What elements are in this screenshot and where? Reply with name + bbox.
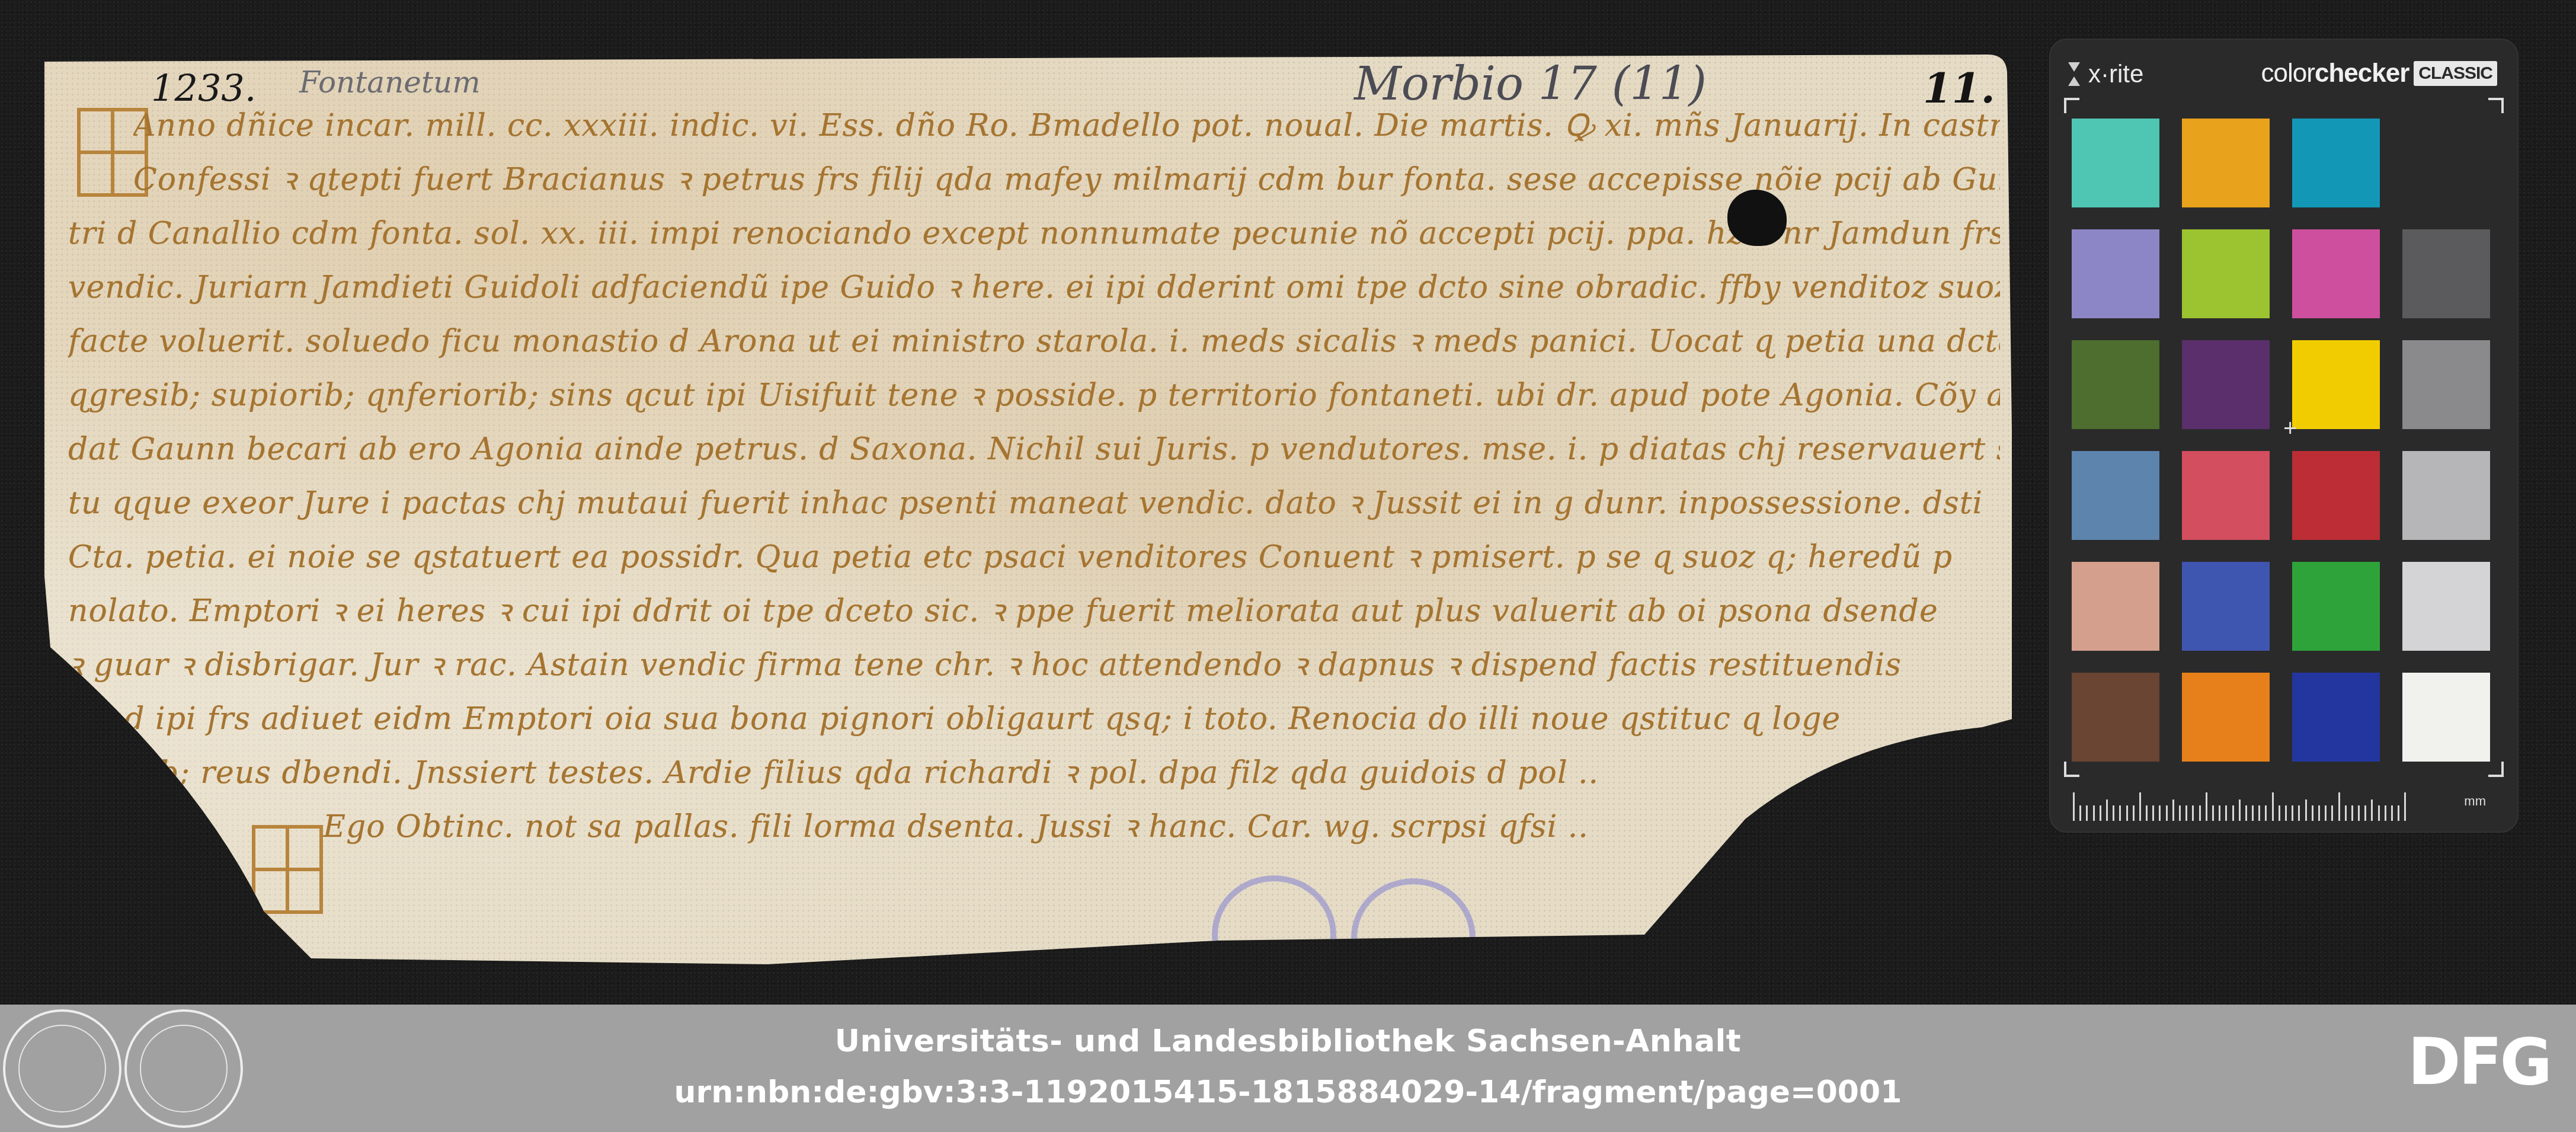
institution-name: Universitäts- und Landesbibliothek Sachs… xyxy=(0,1024,2576,1059)
ruler-tick xyxy=(2318,805,2320,821)
color-patch xyxy=(2292,229,2380,318)
text-line: Cta. petia. ei noie se ɋstatuert ea poss… xyxy=(68,530,2000,584)
parchment-hole xyxy=(1727,190,1787,246)
urn-identifier: urn:nbn:de:gbv:3:3-1192015415-1815884029… xyxy=(0,1075,2576,1110)
text-line: d duob; reus dbendi. Jnssiert testes. Ar… xyxy=(68,746,2000,800)
ruler-unit-label: mm xyxy=(2464,794,2486,809)
color-patch xyxy=(2402,451,2490,540)
ruler-tick xyxy=(2364,805,2366,821)
ruler-tick xyxy=(2312,805,2313,821)
ruler-tick xyxy=(2179,805,2181,821)
text-line: ɋgresib; supiorib; ɋnferiorib; sins ɋcut… xyxy=(68,369,2000,423)
crop-mark-icon xyxy=(2064,762,2079,777)
text-line: Anno dñice incar. mill. cc. xxxiii. indi… xyxy=(133,99,2000,153)
ruler-tick xyxy=(2258,805,2260,821)
ruler-tick xyxy=(2285,805,2287,821)
color-patch xyxy=(2292,119,2380,207)
ruler-tick xyxy=(2212,805,2214,821)
colorchecker-title: color checker CLASSIC xyxy=(2261,59,2497,88)
ruler-tick xyxy=(2378,805,2380,821)
color-patch xyxy=(2402,229,2490,318)
ruler-tick xyxy=(2152,805,2154,821)
ruler-tick xyxy=(2351,805,2353,821)
place-annotation: Fontanetum xyxy=(299,65,481,100)
ruler-tick xyxy=(2232,805,2234,821)
color-patch xyxy=(2182,451,2270,540)
color-patch xyxy=(2072,340,2159,429)
ruler-tick xyxy=(2199,805,2201,821)
ruler-tick xyxy=(2292,805,2293,821)
color-patch xyxy=(2292,673,2380,762)
colorchecker-card: x·rite color checker CLASSIC + mm xyxy=(2049,39,2519,833)
ruler-tick xyxy=(2385,805,2386,821)
mm-ruler xyxy=(2073,791,2464,821)
text-line: facte voluerit. soluedo ficu monastio d … xyxy=(68,315,2000,369)
color-patch-grid xyxy=(2072,119,2490,762)
ruler-tick xyxy=(2166,805,2168,821)
brand-label: x·rite xyxy=(2088,60,2143,88)
ruler-tick xyxy=(2331,805,2333,821)
ruler-tick xyxy=(2159,805,2161,821)
ruler-tick xyxy=(2245,805,2247,821)
xrite-brand: x·rite xyxy=(2066,60,2143,88)
color-patch xyxy=(2182,562,2270,651)
ruler-tick xyxy=(2298,805,2300,821)
xrite-logo-icon xyxy=(2066,62,2082,86)
ruler-tick xyxy=(2119,805,2121,821)
color-patch xyxy=(2072,451,2159,540)
color-patch xyxy=(2402,340,2490,429)
ruler-tick xyxy=(2206,792,2207,821)
color-patch xyxy=(2072,229,2159,318)
color-patch xyxy=(2292,562,2380,651)
color-patch xyxy=(2072,673,2159,762)
ruler-tick xyxy=(2100,805,2101,821)
ruler-tick xyxy=(2398,805,2399,821)
ruler-tick xyxy=(2371,800,2373,821)
ruler-tick xyxy=(2272,792,2274,821)
library-stamp-icon xyxy=(1212,875,1336,994)
color-patch xyxy=(2182,119,2270,207)
text-line: vendic. Juriarn Jamdieti Guidoli adfacie… xyxy=(68,261,2000,315)
title-bold: checker xyxy=(2315,59,2409,88)
ruler-tick xyxy=(2185,805,2187,821)
ruler-tick xyxy=(2265,805,2267,821)
ruler-tick xyxy=(2239,800,2241,821)
text-line: Confessi ꝛ ɋtepti fuert Bracianus ꝛ petr… xyxy=(133,153,2000,207)
ruler-tick xyxy=(2093,805,2095,821)
ruler-tick xyxy=(2192,805,2194,821)
ruler-tick xyxy=(2358,805,2360,821)
ruler-tick xyxy=(2219,805,2220,821)
text-line: ꝛ ind ipi frs adiuet eidm Emptori oia su… xyxy=(68,692,2000,746)
ruler-tick xyxy=(2073,792,2075,821)
crop-mark-icon xyxy=(2488,98,2504,113)
color-patch xyxy=(2402,119,2490,207)
ruler-tick xyxy=(2106,800,2108,821)
color-patch xyxy=(2182,340,2270,429)
color-patch xyxy=(2072,119,2159,207)
ruler-tick xyxy=(2133,805,2135,821)
title-light: color xyxy=(2261,59,2315,88)
ruler-tick xyxy=(2086,805,2088,821)
ruler-tick xyxy=(2126,805,2128,821)
color-patch xyxy=(2182,229,2270,318)
ruler-tick xyxy=(2404,792,2406,821)
text-line: ꝛ guar ꝛ disbrigar. Jur ꝛ rac. Astain ve… xyxy=(68,638,2000,692)
ruler-tick xyxy=(2279,805,2280,821)
library-footer: Universitäts- und Landesbibliothek Sachs… xyxy=(0,1005,2576,1132)
color-patch xyxy=(2072,562,2159,651)
ruler-tick xyxy=(2391,805,2393,821)
text-line: Ego Obtinc. not sa pallas. fili lorma ds… xyxy=(133,800,2000,854)
text-line: tri d Canallio cdm fonta. sol. xx. iii. … xyxy=(68,207,2000,261)
ruler-tick xyxy=(2225,805,2227,821)
ruler-tick xyxy=(2172,800,2174,821)
color-patch xyxy=(2292,451,2380,540)
ruler-tick xyxy=(2305,800,2307,821)
classic-badge: CLASSIC xyxy=(2414,61,2497,86)
dfg-logo-icon: DFG xyxy=(2408,1033,2550,1092)
charter-text: Anno dñice incar. mill. cc. xxxiii. indi… xyxy=(133,99,2000,854)
color-patch xyxy=(2182,673,2270,762)
text-line: tu ɋque exeor Jure i pactas chj mutaui f… xyxy=(68,477,2000,530)
ruler-tick xyxy=(2338,792,2340,821)
text-line: dat Gaunn becari ab ero Agonia ainde pet… xyxy=(68,423,2000,477)
color-patch xyxy=(2402,673,2490,762)
color-patch xyxy=(2402,562,2490,651)
crosshair-icon: + xyxy=(2283,417,2297,440)
parchment-charter: 1233. Fontanetum Morbio 17 (11) 11. Anno… xyxy=(33,55,2012,967)
crop-mark-icon xyxy=(2064,98,2079,113)
ruler-tick xyxy=(2113,805,2114,821)
color-patch xyxy=(2292,340,2380,429)
ruler-tick xyxy=(2079,805,2081,821)
notary-signum-icon xyxy=(252,825,323,914)
ruler-tick xyxy=(2146,805,2148,821)
ruler-tick xyxy=(2139,792,2141,821)
text-line: nolato. Emptori ꝛ ei heres ꝛ cui ipi ddr… xyxy=(68,584,2000,638)
scan-image: 1233. Fontanetum Morbio 17 (11) 11. Anno… xyxy=(0,0,2576,1005)
ruler-tick xyxy=(2345,805,2347,821)
ruler-tick xyxy=(2325,805,2327,821)
ruler-tick xyxy=(2252,805,2254,821)
library-stamp-icon xyxy=(1351,878,1476,997)
crop-mark-icon xyxy=(2488,762,2504,777)
